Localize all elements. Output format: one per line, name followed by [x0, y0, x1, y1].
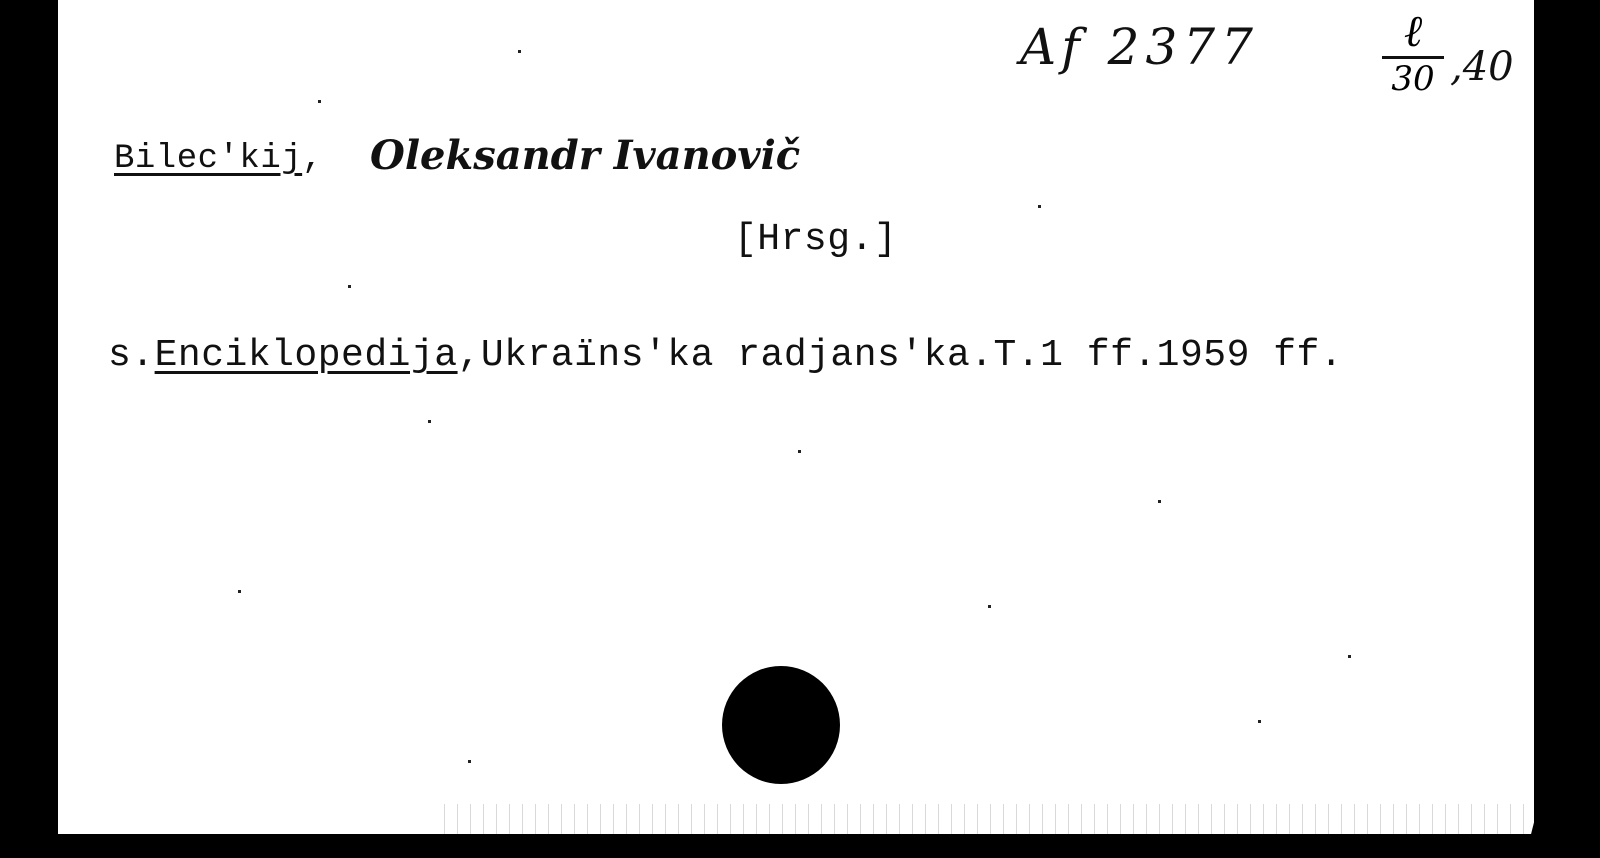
fraction-denominator: 30 [1378, 61, 1448, 97]
fraction-numerator: ℓ [1378, 10, 1448, 54]
price-note: ,40 [1450, 44, 1514, 90]
speck [798, 450, 801, 453]
author-surname: Bilec'kij [114, 140, 302, 178]
author-given-names: Oleksandr Ivanovič [370, 132, 800, 179]
author-heading: Bilec'kij, [114, 140, 323, 178]
punch-hole [722, 666, 840, 784]
speck [1258, 720, 1261, 723]
speck [428, 420, 431, 423]
catalog-card: Af 2377 ℓ 30 ,40 Bilec'kij, Oleksandr Iv… [58, 0, 1534, 834]
author-role: [Hrsg.] [734, 218, 897, 261]
call-number: Af 2377 [1020, 18, 1259, 76]
speck [1348, 655, 1351, 658]
heading-separator: , [302, 140, 323, 178]
reference-prefix: s. [108, 334, 155, 377]
see-reference: s.Enciklopedija,Ukraïns'ka radjans'ka.T.… [108, 334, 1343, 377]
reference-details: ,Ukraïns'ka radjans'ka.T.1 ff.1959 ff. [458, 334, 1344, 377]
reference-title: Enciklopedija [155, 334, 458, 377]
speck [238, 590, 241, 593]
speck [1038, 205, 1041, 208]
scan-noise [438, 804, 1534, 834]
shelf-fraction: ℓ 30 [1378, 10, 1448, 97]
speck [518, 50, 521, 53]
speck [318, 100, 321, 103]
speck [988, 605, 991, 608]
speck [1158, 500, 1161, 503]
speck [468, 760, 471, 763]
speck [348, 285, 351, 288]
